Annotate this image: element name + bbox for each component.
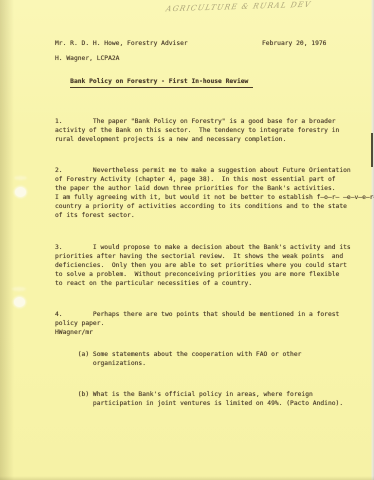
subject-underlined-text: Bank Policy on Forestry - First In-house… <box>70 77 253 88</box>
punch-hole <box>15 187 26 197</box>
text-line: organizations. <box>55 359 371 368</box>
paragraph-4: 4. Perhaps there are two points that sho… <box>55 310 371 328</box>
text-line: country a priority of activities accordi… <box>55 202 371 211</box>
subject-line: Bank Policy on Forestry - First In-house… <box>55 68 253 97</box>
scan-shadow-bottom <box>0 476 374 480</box>
text-line: 2. Nevertheless permit me to make a sugg… <box>55 166 371 175</box>
text-line: (a) Some statements about the cooperatio… <box>55 350 371 359</box>
recipient-line: Mr. R. D. H. Howe, Forestry Adviser <box>55 39 188 48</box>
paragraph-2: 2. Nevertheless permit me to make a sugg… <box>55 166 371 220</box>
text-line: to react on the particular necessities o… <box>55 279 371 288</box>
paragraph-3: 3. I would propose to make a decision ab… <box>55 243 371 288</box>
punch-hole <box>14 297 25 307</box>
text-line: deficiencies. Only then you are able to … <box>55 261 371 270</box>
paper-smudge <box>12 287 26 291</box>
memo-body: 1. The paper "Bank Policy on Forestry" i… <box>55 99 371 431</box>
text-line: 3. I would propose to make a decision ab… <box>55 243 371 252</box>
text-line: of its forest sector. <box>55 211 371 220</box>
text-line: policy paper. <box>55 319 371 328</box>
handwritten-annotation: AGRICULTURE & RURAL DEV <box>165 0 312 13</box>
text-line: 1. The paper "Bank Policy on Forestry" i… <box>55 117 371 126</box>
text-line: priorities after having the sectorial re… <box>55 252 371 261</box>
text-line: I am fully agreeing with it, but would i… <box>55 193 371 202</box>
text-line: (b) What is the Bank's official policy i… <box>55 390 371 399</box>
text-line: activity of the Bank on this sector. The… <box>55 126 371 135</box>
signature-initials: HWagner/mr <box>55 328 93 337</box>
subitem-a: (a) Some statements about the cooperatio… <box>55 350 371 368</box>
text-line: rural development projects is a new and … <box>55 135 371 144</box>
text-line: the paper the author laid down three pri… <box>55 184 371 193</box>
text-line: of Forestry Activity (chapter 4, page 38… <box>55 175 371 184</box>
text-line: 4. Perhaps there are two points that sho… <box>55 310 371 319</box>
paper-smudge <box>14 176 27 180</box>
scan-artifact-mark <box>371 133 373 167</box>
text-line: participation in joint ventures is limit… <box>55 399 371 408</box>
memo-page: AGRICULTURE & RURAL DEV Mr. R. D. H. How… <box>0 0 374 480</box>
paragraph-1: 1. The paper "Bank Policy on Forestry" i… <box>55 117 371 144</box>
scan-shadow-left <box>0 0 14 480</box>
date-line: February 20, 1976 <box>262 39 326 48</box>
text-line: to solve a problem. Without preconceivin… <box>55 270 371 279</box>
sender-line: H. Wagner, LCPA2A <box>55 54 119 63</box>
subitem-b: (b) What is the Bank's official policy i… <box>55 390 371 408</box>
